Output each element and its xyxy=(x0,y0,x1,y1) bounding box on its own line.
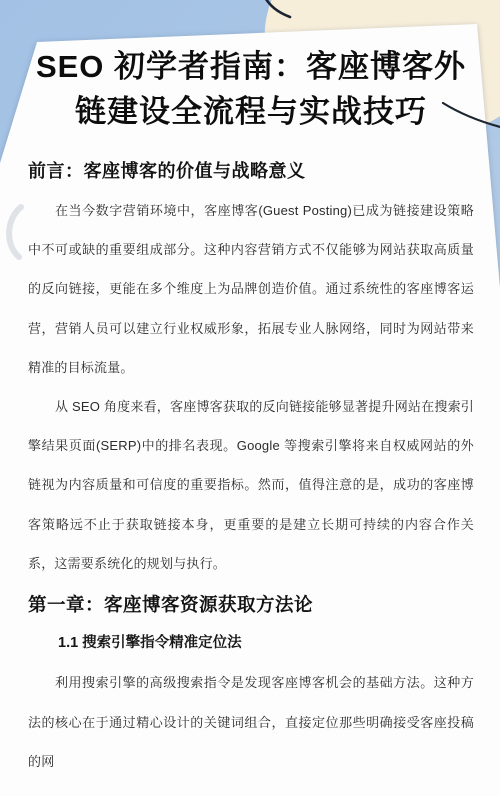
section-1-1-paragraph: 利用搜索引擎的高级搜索指令是发现客座博客机会的基础方法。这种方法的核心在于通过精… xyxy=(28,663,474,781)
section-1-1-heading: 1.1 搜索引擎指令精准定位法 xyxy=(28,624,474,663)
document-content: SEO 初学者指南：客座博客外 链建设全流程与实战技巧 前言：客座博客的价值与战… xyxy=(28,0,474,781)
preface-paragraph-1: 在当今数字营销环境中，客座博客(Guest Posting)已成为链接建设策略中… xyxy=(28,191,474,387)
document-title-line-1: SEO 初学者指南：客座博客外 xyxy=(28,44,474,89)
document-title-line-2: 链建设全流程与实战技巧 xyxy=(28,89,474,134)
paper-card: SEO 初学者指南：客座博客外 链建设全流程与实战技巧 前言：客座博客的价值与战… xyxy=(0,0,500,796)
paper-card-wrap: SEO 初学者指南：客座博客外 链建设全流程与实战技巧 前言：客座博客的价值与战… xyxy=(0,0,500,796)
page-background: SEO 初学者指南：客座博客外 链建设全流程与实战技巧 前言：客座博客的价值与战… xyxy=(0,0,500,796)
chapter-1-heading: 第一章：客座博客资源获取方法论 xyxy=(28,585,474,624)
preface-paragraph-2: 从 SEO 角度来看，客座博客获取的反向链接能够显著提升网站在搜索引擎结果页面(… xyxy=(28,387,474,583)
document-title: SEO 初学者指南：客座博客外 链建设全流程与实战技巧 xyxy=(28,44,474,134)
preface-heading: 前言：客座博客的价值与战略意义 xyxy=(28,152,474,191)
